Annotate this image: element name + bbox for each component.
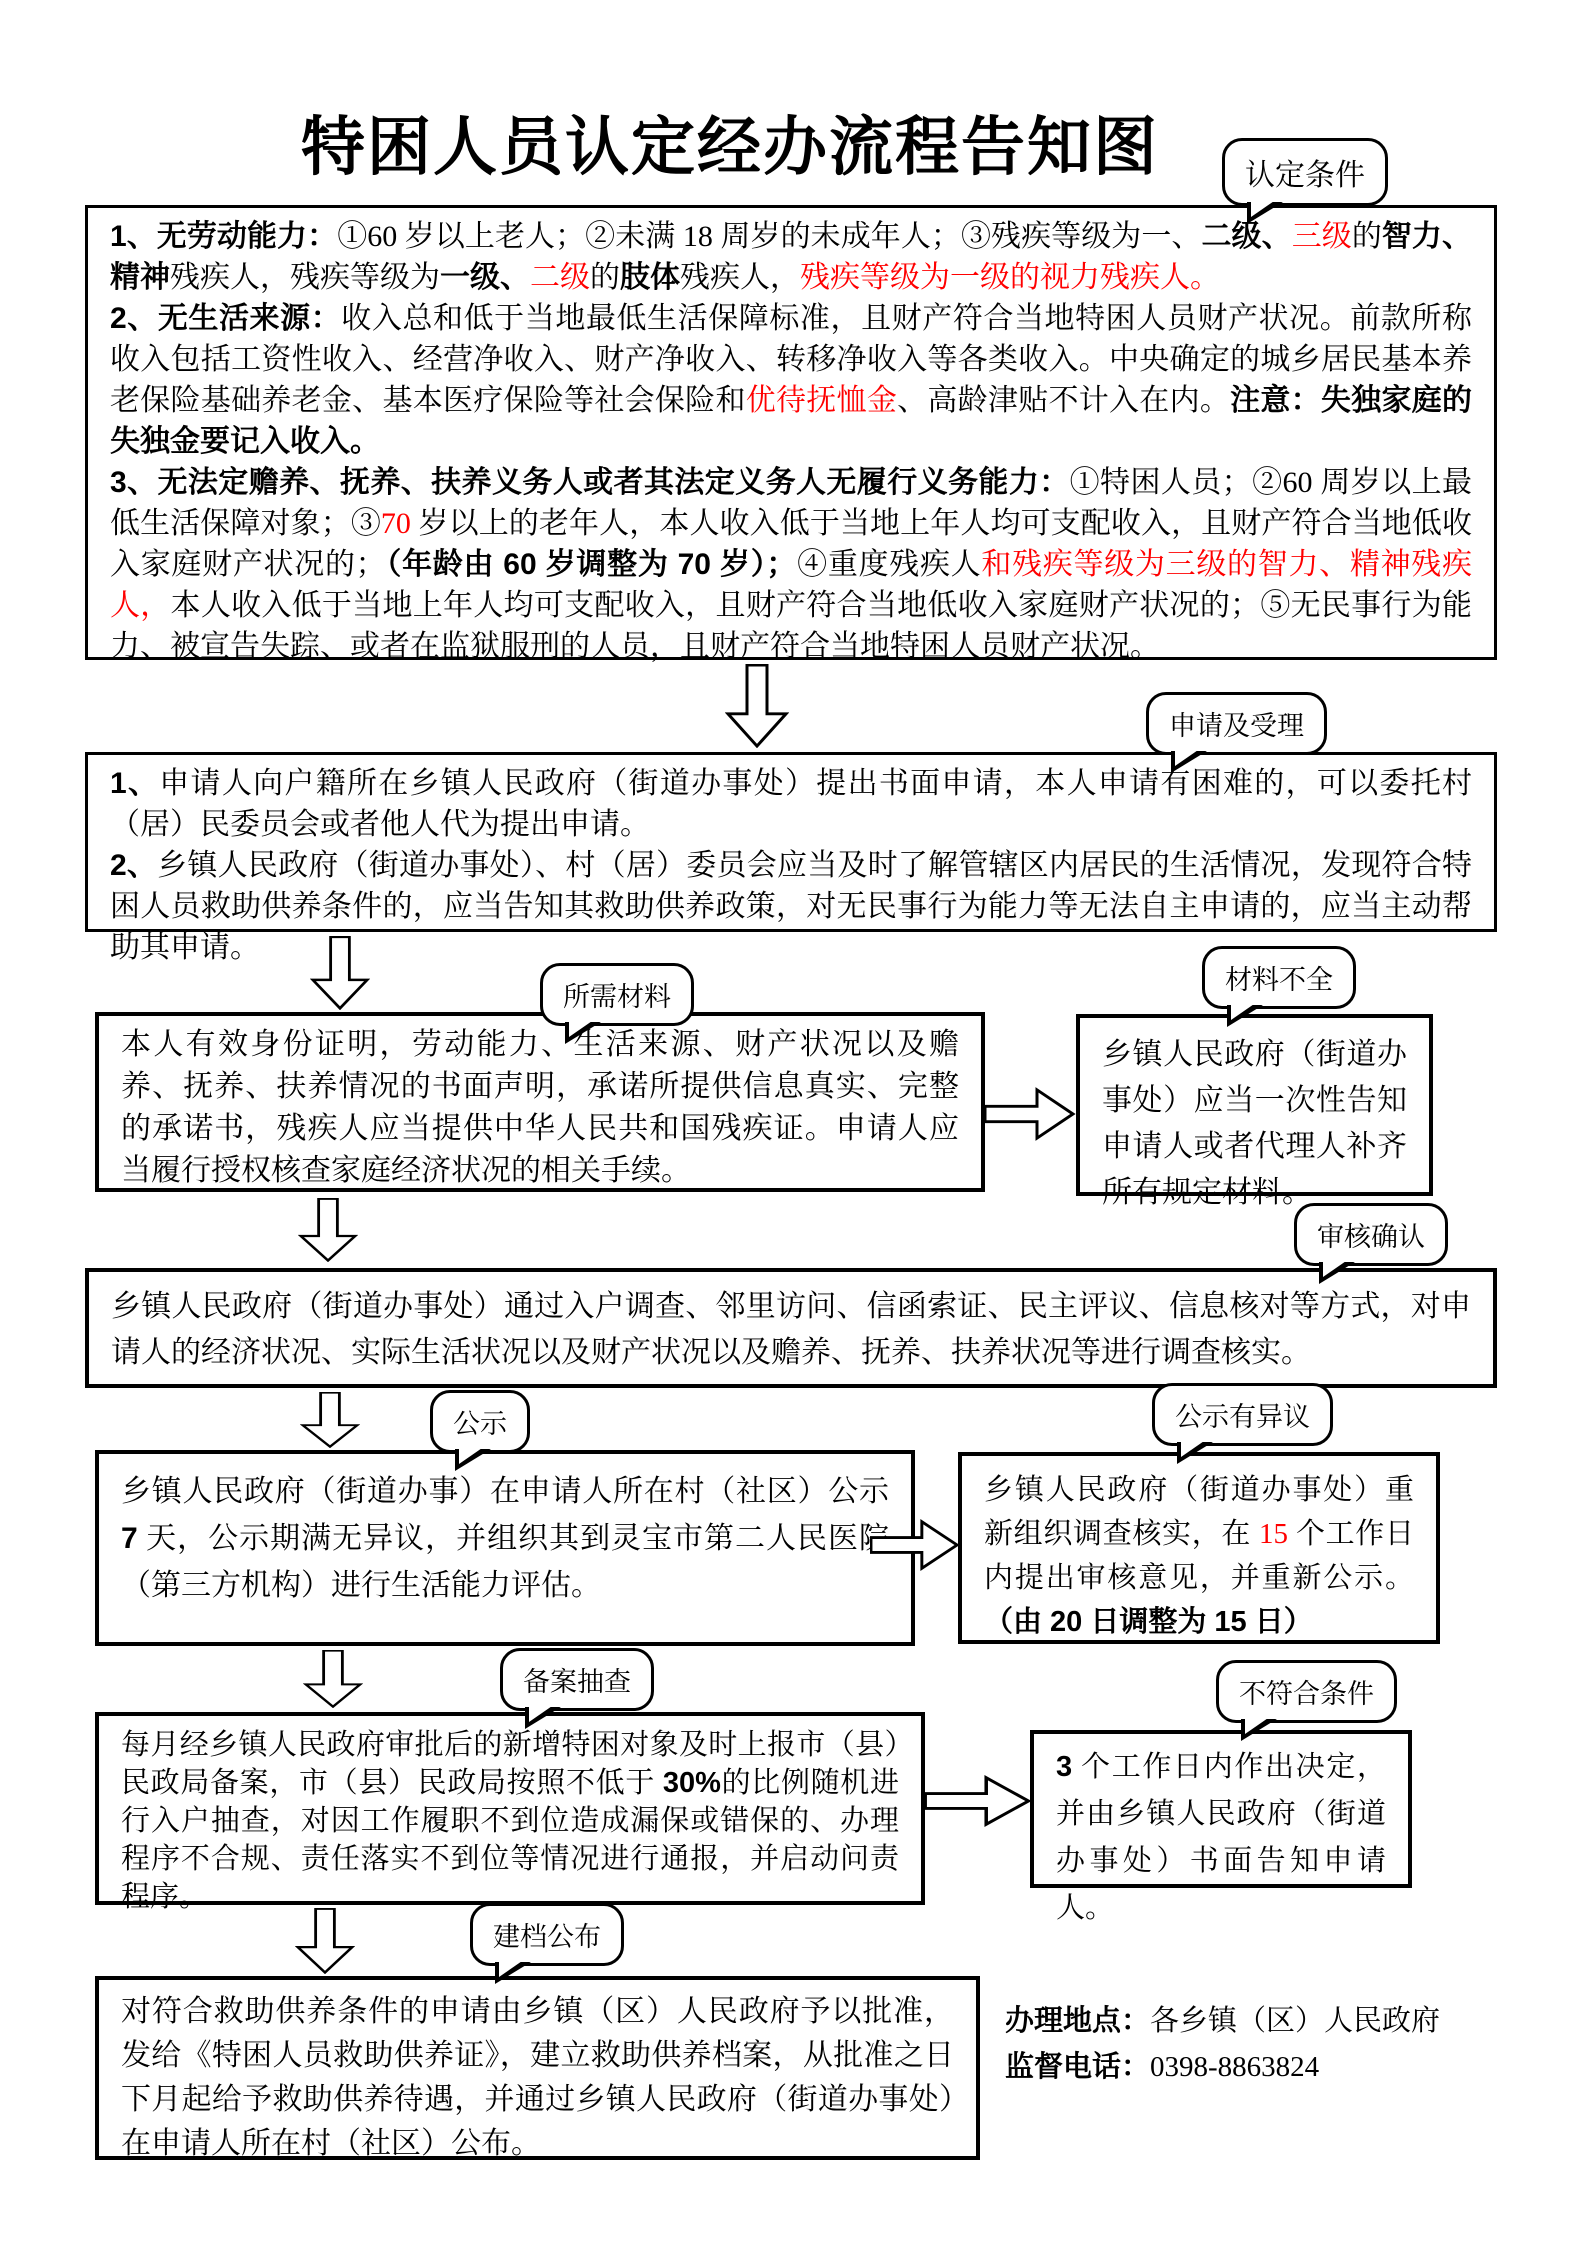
- right-arrow-icon: [870, 1518, 960, 1572]
- filing-check-text: 每月经乡镇人民政府审批后的新增特困对象及时上报市（县）民政局备案，市（县）民政局…: [121, 1726, 899, 1916]
- location-value: 各乡镇（区）人民政府: [1150, 2005, 1440, 2037]
- callout-label: 建档公布: [493, 1922, 601, 1952]
- apply-box: 1、申请人向户籍所在乡镇人民政府（街道办事处）提出书面申请，本人申请有困难的，可…: [85, 752, 1497, 932]
- phone-value: 0398-8863824: [1150, 2051, 1319, 2083]
- review-box: 乡镇人民政府（街道办事处）通过入户调查、邻里访问、信函索证、民主评议、信息核对等…: [85, 1268, 1497, 1388]
- down-arrow-icon: [310, 936, 370, 1010]
- callout-label: 公示有异议: [1175, 1402, 1310, 1432]
- publicity-text: 乡镇人民政府（街道办事）在申请人所在村（社区）公示 7 天，公示期满无异议，并组…: [121, 1468, 889, 1609]
- materials-text: 本人有效身份证明，劳动能力、生活来源、财产状况以及赡养、抚养、扶养情况的书面声明…: [121, 1024, 959, 1192]
- callout-label: 审核确认: [1317, 1222, 1425, 1252]
- conditions-box: 1、无劳动能力：①60 岁以上老人；②未满 18 周岁的未成年人；③残疾等级为一…: [85, 205, 1497, 660]
- location-label: 办理地点：: [1005, 2005, 1150, 2037]
- materials-incomplete-box: 乡镇人民政府（街道办事处）应当一次性告知申请人或者代理人补齐所有规定材料。: [1076, 1014, 1433, 1196]
- filing-check-box: 每月经乡镇人民政府审批后的新增特困对象及时上报市（县）民政局备案，市（县）民政局…: [95, 1712, 925, 1905]
- down-arrow-icon: [303, 1650, 363, 1708]
- archive-text: 对符合救助供养条件的申请由乡镇（区）人民政府予以批准，发给《特困人员救助供养证》…: [121, 1990, 954, 2166]
- right-arrow-icon: [984, 1086, 1076, 1142]
- callout-label: 认定条件: [1245, 159, 1365, 192]
- page-title: 特困人员认定经办流程告知图: [85, 96, 1375, 188]
- callout-materials-incomplete: 材料不全: [1202, 946, 1356, 1009]
- not-qualified-box: 3 个工作日内作出决定，并由乡镇人民政府（街道办事处）书面告知申请人。: [1030, 1730, 1412, 1888]
- callout-label: 材料不全: [1225, 965, 1333, 995]
- phone-label: 监督电话：: [1005, 2051, 1150, 2083]
- callout-label: 备案抽查: [523, 1667, 631, 1697]
- publicity-objection-text: 乡镇人民政府（街道办事处）重新组织调查核实，在 15 个工作日内提出审核意见，并…: [984, 1468, 1414, 1644]
- not-qualified-text: 3 个工作日内作出决定，并由乡镇人民政府（街道办事处）书面告知申请人。: [1056, 1744, 1386, 1932]
- down-arrow-icon: [725, 664, 789, 748]
- materials-incomplete-text: 乡镇人民政府（街道办事处）应当一次性告知申请人或者代理人补齐所有规定材料。: [1102, 1032, 1407, 1216]
- callout-conditions: 认定条件: [1222, 138, 1388, 206]
- callout-apply: 申请及受理: [1146, 692, 1327, 755]
- apply-paragraph-1: 1、申请人向户籍所在乡镇人民政府（街道办事处）提出书面申请，本人申请有困难的，可…: [110, 763, 1472, 845]
- footer-phone-line: 监督电话：0398-8863824: [1005, 2044, 1440, 2090]
- down-arrow-icon: [298, 1198, 358, 1262]
- down-arrow-icon: [295, 1908, 355, 1974]
- conditions-paragraph-2: 2、无生活来源：收入总和低于当地最低生活保障标准，且财产符合当地特困人员财产状况…: [110, 298, 1472, 462]
- callout-publicity: 公示: [430, 1390, 530, 1453]
- review-text: 乡镇人民政府（街道办事处）通过入户调查、邻里访问、信函索证、民主评议、信息核对等…: [111, 1284, 1471, 1376]
- callout-publicity-objection: 公示有异议: [1152, 1383, 1333, 1446]
- archive-box: 对符合救助供养条件的申请由乡镇（区）人民政府予以批准，发给《特困人员救助供养证》…: [95, 1976, 980, 2160]
- callout-review: 审核确认: [1294, 1203, 1448, 1266]
- conditions-paragraph-3: 3、无法定赡养、抚养、扶养义务人或者其法定义务人无履行义务能力：①特困人员；②6…: [110, 462, 1472, 667]
- callout-label: 申请及受理: [1169, 711, 1304, 741]
- callout-label: 所需材料: [563, 982, 671, 1012]
- right-arrow-icon: [924, 1774, 1032, 1828]
- callout-filing-check: 备案抽查: [500, 1648, 654, 1711]
- publicity-box: 乡镇人民政府（街道办事）在申请人所在村（社区）公示 7 天，公示期满无异议，并组…: [95, 1450, 915, 1646]
- materials-box: 本人有效身份证明，劳动能力、生活来源、财产状况以及赡养、抚养、扶养情况的书面声明…: [95, 1012, 985, 1192]
- footer-location-line: 办理地点：各乡镇（区）人民政府: [1005, 1998, 1440, 2044]
- callout-label: 公示: [453, 1409, 507, 1439]
- publicity-objection-box: 乡镇人民政府（街道办事处）重新组织调查核实，在 15 个工作日内提出审核意见，并…: [958, 1452, 1440, 1644]
- conditions-paragraph-1: 1、无劳动能力：①60 岁以上老人；②未满 18 周岁的未成年人；③残疾等级为一…: [110, 216, 1472, 298]
- callout-label: 不符合条件: [1239, 1679, 1374, 1709]
- flowchart-page: 特困人员认定经办流程告知图 认定条件 申请及受理 所需材料 材料不全 审核确认 …: [0, 0, 1587, 2245]
- callout-materials: 所需材料: [540, 963, 694, 1026]
- down-arrow-icon: [300, 1392, 360, 1448]
- callout-archive: 建档公布: [470, 1903, 624, 1966]
- callout-not-qualified: 不符合条件: [1216, 1660, 1397, 1723]
- footer-contact: 办理地点：各乡镇（区）人民政府 监督电话：0398-8863824: [1005, 1998, 1440, 2090]
